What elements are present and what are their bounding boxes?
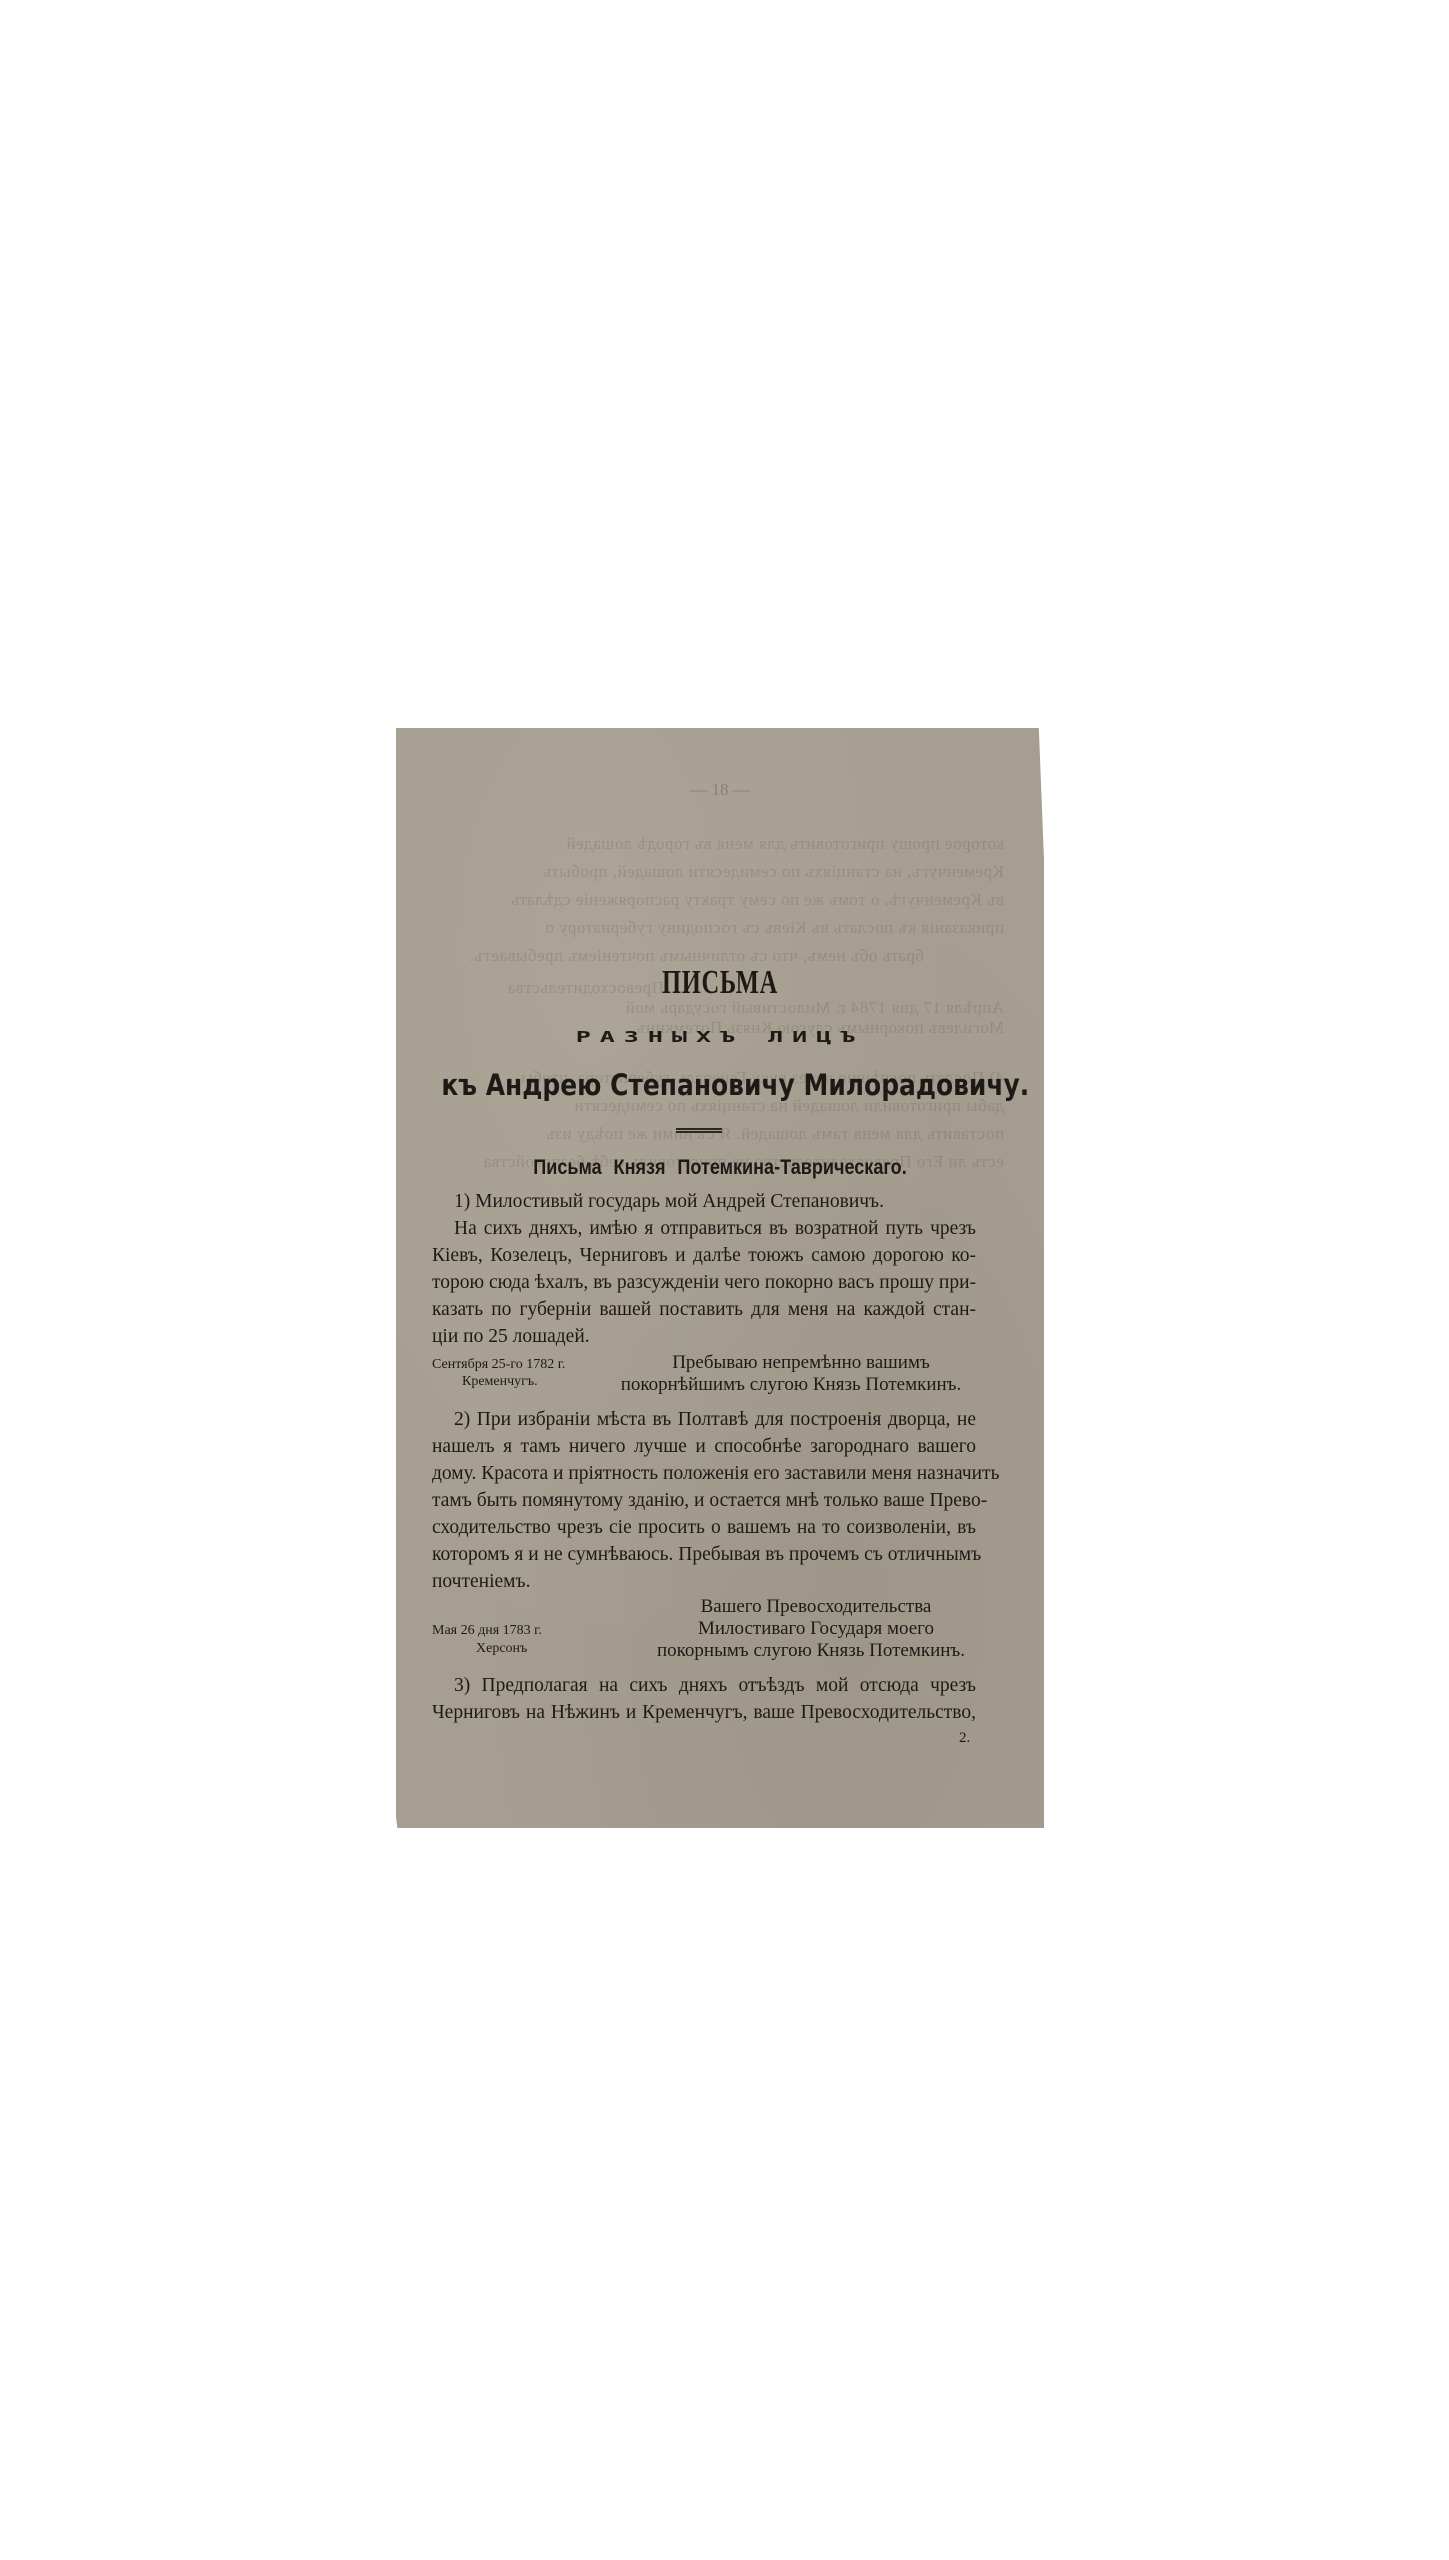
- bleed-line: въ Кременчугѣ, о томъ же по сему тракту …: [436, 890, 1004, 910]
- letter-1-line: 1) Милостивый государь мой Андрей Степан…: [454, 1190, 976, 1214]
- bleed-line: приказанія къ послать въ Кіевъ съ господ…: [436, 918, 1004, 938]
- letter-3-line: Черниговъ на Нѣжинъ и Кременчугъ, ваше П…: [432, 1701, 976, 1725]
- section-heading: Письма Князя Потемкина-Таврическаго.: [441, 1156, 998, 1180]
- letter-2-closing: Милостиваго Государя моего: [686, 1618, 946, 1640]
- letter-2-line: которомъ я и не сумнѣваюсь. Пребывая въ …: [432, 1543, 976, 1567]
- letter-2-line: дому. Красота и пріятность положенія его…: [432, 1462, 976, 1486]
- letter-2-signature: покорнымъ слугою Князь Потемкинъ.: [636, 1640, 986, 1662]
- letter-2-line: почтеніемъ.: [432, 1570, 976, 1594]
- letter-2-line: нашелъ я тамъ ничего лучше и способнѣе з…: [432, 1435, 976, 1459]
- title-line-1: ПИСЬМА: [487, 964, 954, 1002]
- document-page: которое прошу приготовить для меня въ го…: [396, 728, 1044, 1828]
- bleed-line: брать объ немъ, что съ отличнымъ почтені…: [436, 946, 924, 966]
- letter-2-line: 2) При избраніи мѣста въ Полтавѣ для пос…: [454, 1408, 976, 1432]
- title-line-3: къ Андрею Степановичу Милорадовичу.: [441, 1068, 998, 1102]
- letter-1-line: ціи по 25 лошадей.: [432, 1325, 976, 1349]
- letter-1-signature: покорнѣйшимъ слугою Князь Потемкинъ.: [596, 1374, 986, 1396]
- letter-1-line: На сихъ дняхъ, имѣю я отправиться въ воз…: [454, 1217, 976, 1241]
- letter-2-line: сходительство чрезъ сіе просить о вашемъ…: [432, 1516, 976, 1540]
- signature-mark: 2.: [959, 1730, 970, 1747]
- bleed-line: которое прошу приготовить для меня въ го…: [436, 834, 1004, 854]
- letter-1-place: Кременчугъ.: [462, 1373, 538, 1390]
- letter-1-line: торою сюда ѣхалъ, въ разсужденіи чего по…: [432, 1271, 976, 1295]
- letter-2-date: Мая 26 дня 1783 г.: [432, 1622, 542, 1639]
- bleed-line: поставить для меня тамъ лошадей. Я съ ни…: [436, 1124, 1004, 1144]
- letter-1-closing: Пребываю непремѣнно вашимъ: [636, 1352, 966, 1374]
- letter-1-line: Кіевъ, Козелецъ, Черниговъ и далѣе тоюжъ…: [432, 1244, 976, 1268]
- bleed-line: Кременчугъ, на станціяхъ по семидесяти л…: [436, 862, 1004, 882]
- letter-1-date: Сентября 25-го 1782 г.: [432, 1356, 565, 1373]
- letter-2-place: Херсонъ: [476, 1640, 527, 1657]
- title-line-2: РАЗНЫХЪ ЛИЦЪ: [396, 1028, 1044, 1046]
- letter-2-closing: Вашего Превосходительства: [686, 1596, 946, 1618]
- letter-3-line: 3) Предполагая на сихъ дняхъ отъѣздъ мой…: [454, 1674, 976, 1698]
- page-number: — 18 —: [396, 780, 1044, 800]
- letter-2-line: тамъ быть помянутому зданію, и остается …: [432, 1489, 976, 1513]
- double-rule-divider: [676, 1128, 722, 1133]
- letter-1-line: казать по губерніи вашей поставить для м…: [432, 1298, 976, 1322]
